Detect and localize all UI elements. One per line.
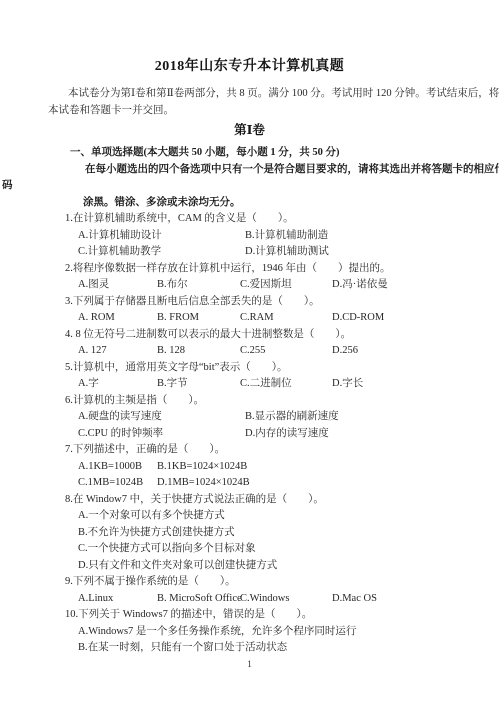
question-2-option-c: C.爱因斯坦 xyxy=(240,277,332,294)
question-1-option-d: D.计算机辅助测试 xyxy=(245,244,499,261)
question-9-option-c: C.Windows xyxy=(240,591,332,608)
question-8-option-d: D.只有文件和文件夹对象可以创建快捷方式 xyxy=(78,558,499,575)
question-4-options-row: A. 127 B. 128 C.255 D.256 xyxy=(78,343,499,360)
question-7-option-c: C.1MB=1024B xyxy=(78,475,157,492)
question-3-options-row: A. ROM B. FROM C.RAM D.CD-ROM xyxy=(78,310,499,327)
question-9-option-d: D.Mac OS xyxy=(332,591,499,608)
question-8-stem: 8.在 Window7 中，关于快捷方式说法正确的是（ ）。 xyxy=(65,492,499,509)
question-3-option-a: A. ROM xyxy=(78,310,157,327)
question-3-option-c: C.RAM xyxy=(240,310,332,327)
instruction-line-1: 在每小题选出的四个备选项中只有一个是符合题目要求的，请将其选出并将答题卡的相应代 xyxy=(85,162,499,179)
question-3-option-d: D.CD-ROM xyxy=(332,310,499,327)
question-2-option-d: D.冯·诺依曼 xyxy=(332,277,499,294)
question-5-options-row: A.字 B.字节 C.二进制位 D.字长 xyxy=(78,376,499,393)
exam-paper-page: 2018年山东专升本计算机真题 本试卷分为第Ⅰ卷和第Ⅱ卷两部分，共 8 页。满分… xyxy=(0,0,499,706)
question-1-option-b: B.计算机辅助制造 xyxy=(245,228,499,245)
intro-line-2: 本试卷和答题卡一并交回。 xyxy=(48,103,499,120)
question-5-option-d: D.字长 xyxy=(332,376,499,393)
question-10-option-b: B.在某一时刻，只能有一个窗口处于活动状态 xyxy=(78,640,499,657)
question-6-options-row-2: C.CPU 的时钟频率 D.内存的读写速度 xyxy=(78,426,499,443)
question-7-options-row-2: C.1MB=1024B D.1MB=1024×1024B xyxy=(78,475,499,492)
intro-line-1: 本试卷分为第Ⅰ卷和第Ⅱ卷两部分，共 8 页。满分 100 分。考试用时 120 … xyxy=(68,86,499,103)
question-1-options-row-1: A.计算机辅助设计 B.计算机辅助制造 xyxy=(78,228,499,245)
question-8-option-c: C.一个快捷方式可以指向多个目标对象 xyxy=(78,541,499,558)
question-2-option-a: A.图灵 xyxy=(78,277,157,294)
question-7-stem: 7.下列描述中，正确的是（ ）。 xyxy=(65,442,499,459)
question-8-option-b: B.不允许为快捷方式创建快捷方式 xyxy=(78,525,499,542)
instruction-line-2: 码 xyxy=(2,178,499,195)
question-2-stem: 2.将程序像数据一样存放在计算机中运行，1946 年由（ ）提出的。 xyxy=(65,261,499,278)
question-3-option-b: B. FROM xyxy=(157,310,240,327)
question-7-option-a: A.1KB=1000B xyxy=(78,459,157,476)
question-10-option-a: A.Windows7 是一个多任务操作系统，允许多个程序同时运行 xyxy=(78,624,499,641)
question-6-option-c: C.CPU 的时钟频率 xyxy=(78,426,245,443)
question-7-options-row-1: A.1KB=1000B B.1KB=1024×1024B xyxy=(78,459,499,476)
question-9-stem: 9.下列不属于操作系统的是（ ）。 xyxy=(65,574,499,591)
question-4-option-d: D.256 xyxy=(332,343,499,360)
question-1-option-c: C.计算机辅助教学 xyxy=(78,244,245,261)
question-1-stem: 1.在计算机辅助系统中，CAM 的含义是（ ）。 xyxy=(65,211,499,228)
question-5-stem: 5.计算机中，通常用英文字母“bit”表示（ ）。 xyxy=(65,360,499,377)
question-9-option-b: B. MicroSoft Office xyxy=(157,591,240,608)
question-9-option-a: A.Linux xyxy=(78,591,157,608)
question-6-stem: 6.计算机的主频是指（ ）。 xyxy=(65,393,499,410)
question-10-stem: 10.下列关于 Windows7 的描述中，错误的是（ ）。 xyxy=(65,607,499,624)
question-5-option-a: A.字 xyxy=(78,376,157,393)
question-2-option-b: B.布尔 xyxy=(157,277,240,294)
question-3-stem: 3.下列属于存储器且断电后信息全部丢失的是（ ）。 xyxy=(65,294,499,311)
question-4-stem: 4. 8 位无符号二进制数可以表示的最大十进制整数是（ ）。 xyxy=(65,327,499,344)
instruction-line-3: 涂黑。错涂、多涂或未涂均无分。 xyxy=(83,195,499,212)
section-heading: 一、单项选择题(本大题共 50 小题，每小题 1 分，共 50 分) xyxy=(70,145,499,162)
question-4-option-a: A. 127 xyxy=(78,343,157,360)
question-4-option-b: B. 128 xyxy=(157,343,240,360)
question-6-option-d: D.内存的读写速度 xyxy=(245,426,499,443)
part-heading: 第Ⅰ卷 xyxy=(0,122,499,139)
question-1-options-row-2: C.计算机辅助教学 D.计算机辅助测试 xyxy=(78,244,499,261)
page-number: 1 xyxy=(0,657,499,673)
question-7-option-b: B.1KB=1024×1024B xyxy=(157,459,499,476)
question-5-option-b: B.字节 xyxy=(157,376,240,393)
question-1-option-a: A.计算机辅助设计 xyxy=(78,228,245,245)
question-8-option-a: A.一个对象可以有多个快捷方式 xyxy=(78,508,499,525)
question-6-option-a: A.硬盘的读写速度 xyxy=(78,409,245,426)
question-6-option-b: B.显示器的刷新速度 xyxy=(245,409,499,426)
question-6-options-row-1: A.硬盘的读写速度 B.显示器的刷新速度 xyxy=(78,409,499,426)
question-7-option-d: D.1MB=1024×1024B xyxy=(157,475,499,492)
question-5-option-c: C.二进制位 xyxy=(240,376,332,393)
page-title: 2018年山东专升本计算机真题 xyxy=(0,57,499,77)
question-2-options-row: A.图灵 B.布尔 C.爱因斯坦 D.冯·诺依曼 xyxy=(78,277,499,294)
question-9-options-row: A.Linux B. MicroSoft Office C.Windows D.… xyxy=(78,591,499,608)
question-4-option-c: C.255 xyxy=(240,343,332,360)
